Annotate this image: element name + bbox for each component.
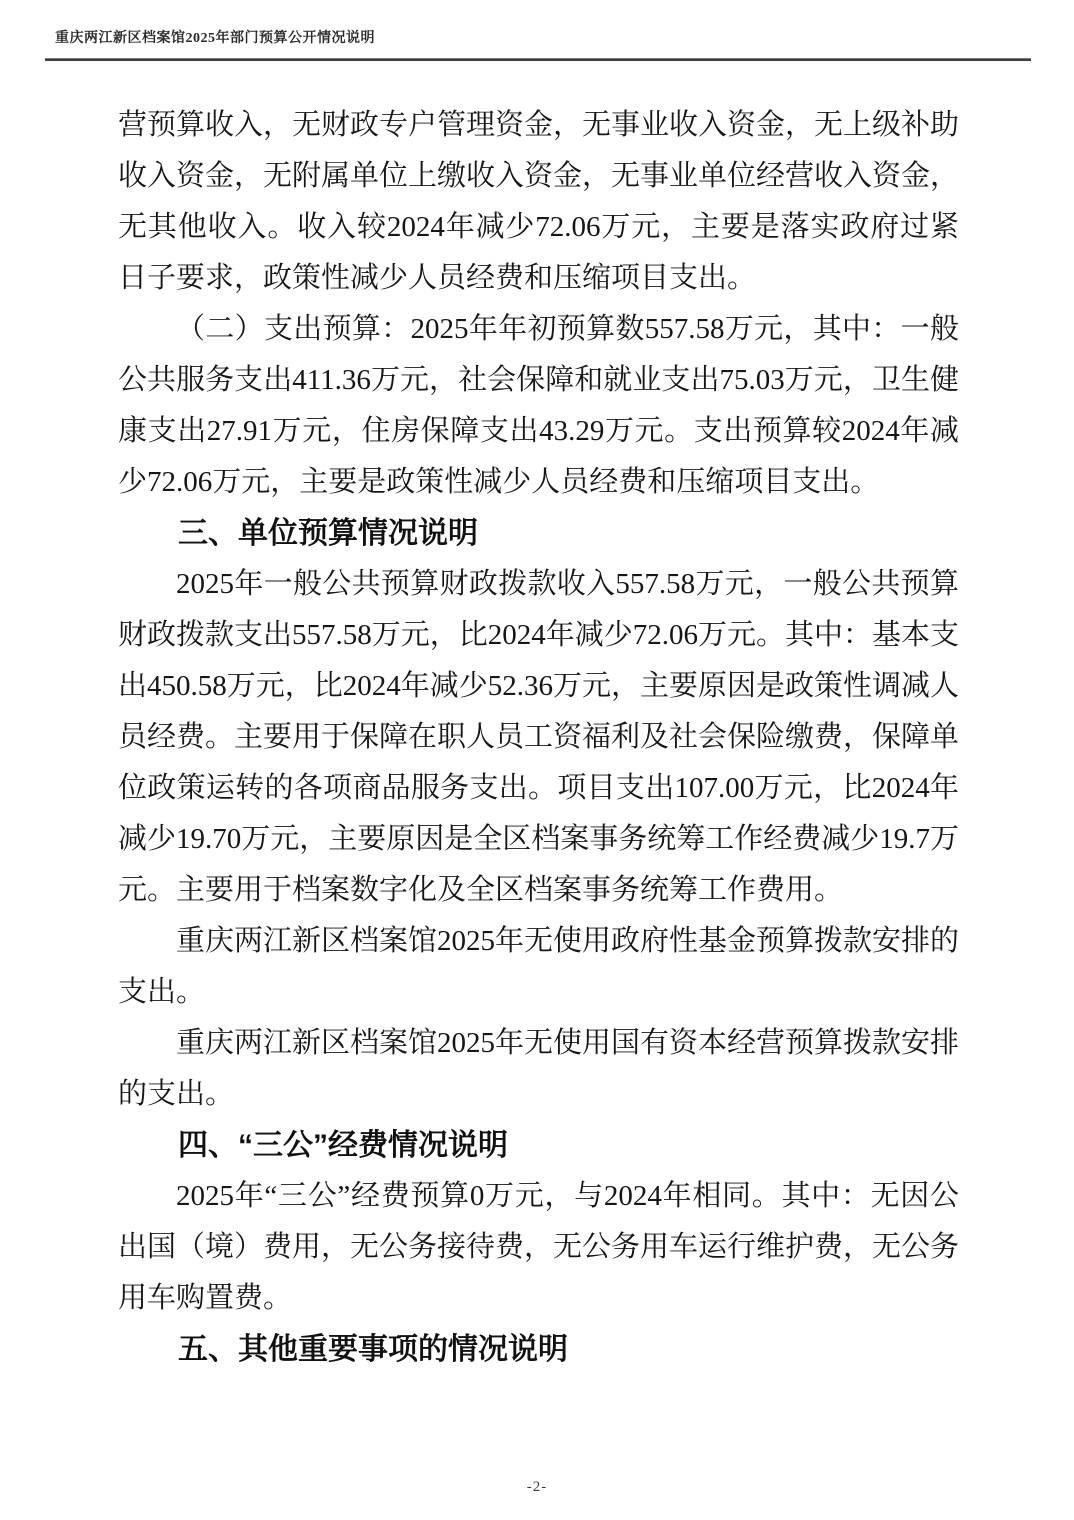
page-number: -2- [527,1479,548,1495]
paragraph: 重庆两江新区档案馆2025年无使用国有资本经营预算拨款安排的支出。 [118,1018,959,1120]
section-heading: 三、单位预算情况说明 [118,508,959,559]
paragraph-lead: （二）支出预算： [176,313,411,345]
section-heading: 四、“三公”经费情况说明 [118,1120,959,1171]
paragraph: 2025年一般公共预算财政拨款收入557.58万元，一般公共预算财政拨款支出55… [118,559,959,916]
paragraph: 2025年“三公”经费预算0万元，与2024年相同。其中：无因公出国（境）费用，… [118,1171,959,1324]
page-footer: -2- [0,1478,1074,1496]
paragraph: （二）支出预算：2025年年初预算数557.58万元，其中：一般公共服务支出41… [118,304,959,508]
paragraph: 营预算收入，无财政专户管理资金，无事业收入资金，无上级补助收入资金，无附属单位上… [118,100,959,304]
section-heading: 五、其他重要事项的情况说明 [118,1324,959,1375]
header-title: 重庆两江新区档案馆2025年部门预算公开情况说明 [45,30,1031,48]
paragraph: 重庆两江新区档案馆2025年无使用政府性基金预算拨款安排的支出。 [118,916,959,1018]
page-header: 重庆两江新区档案馆2025年部门预算公开情况说明 [45,30,1031,61]
header-rule [45,58,1031,61]
document-page: 重庆两江新区档案馆2025年部门预算公开情况说明 营预算收入，无财政专户管理资金… [0,0,1074,1520]
document-body: 营预算收入，无财政专户管理资金，无事业收入资金，无上级补助收入资金，无附属单位上… [118,100,959,1375]
